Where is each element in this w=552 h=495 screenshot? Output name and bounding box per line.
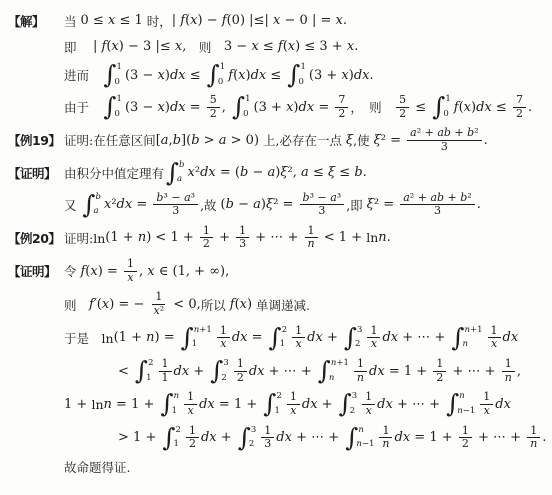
integral-lower-limit: 0 bbox=[218, 78, 225, 87]
math-run: f′(x) = − bbox=[89, 297, 149, 312]
fraction-denominator: x bbox=[363, 405, 375, 418]
fraction: 1x bbox=[124, 258, 137, 284]
fraction-numerator: 1 bbox=[287, 391, 300, 405]
integral-lower-limit: 0 bbox=[243, 110, 250, 119]
math-line: 【例20】证明:ln(1 + n) < 1 + 12 + 13 + ⋯ + 1n… bbox=[8, 224, 548, 252]
fraction: 1n bbox=[502, 358, 515, 384]
fraction-numerator: 1 bbox=[480, 391, 493, 405]
math-run: ≤ bbox=[411, 100, 430, 115]
math-run: . bbox=[484, 133, 488, 148]
integral: ∫10 bbox=[287, 62, 307, 88]
fraction-numerator: 1 bbox=[159, 358, 172, 372]
fraction-denominator: 3 bbox=[438, 141, 451, 154]
fraction-numerator: 1 bbox=[152, 291, 165, 305]
text-run: 由于 bbox=[64, 98, 102, 116]
fraction: 1x bbox=[367, 325, 380, 351]
fraction-numerator: b³ − a³ bbox=[153, 192, 198, 206]
integral: ∫nn−1 bbox=[446, 391, 477, 417]
integral-limits: nn−1 bbox=[358, 425, 376, 451]
math-run: f(x)dx ≤ bbox=[454, 100, 511, 115]
text-run: 故命题得证. bbox=[64, 458, 130, 476]
math-run: (1 + n) < 1 + bbox=[105, 230, 198, 245]
integral-upper-limit: n+1 bbox=[331, 359, 349, 368]
math-run: + bbox=[215, 230, 234, 245]
integral-upper-limit: 3 bbox=[223, 359, 228, 368]
fraction: 1x bbox=[217, 325, 230, 351]
fraction-numerator: 1 bbox=[261, 425, 274, 439]
integral-upper-limit: n+1 bbox=[465, 326, 483, 335]
integral-upper-limit: n bbox=[358, 426, 374, 435]
integral-limits: 32 bbox=[251, 425, 258, 451]
math-run: | f(x) − f(0) |≤| x − 0 | = x. bbox=[172, 13, 347, 28]
fraction-numerator: 1 bbox=[236, 225, 249, 239]
math-line: 1 + lnn = 1 + ∫n11xdx = 1 + ∫211xdx + ∫3… bbox=[8, 390, 548, 418]
math-line: < ∫2111dx + ∫3212dx + ⋯ + ∫n+1n1ndx = 1 … bbox=[8, 357, 548, 385]
fraction-numerator: 1 bbox=[527, 425, 540, 439]
integral: ∫32 bbox=[210, 358, 230, 384]
integral-upper-limit: n bbox=[174, 392, 179, 401]
fraction: 1x² bbox=[151, 291, 168, 317]
math-run: ξ bbox=[346, 133, 353, 148]
fraction-denominator: 2 bbox=[396, 108, 409, 121]
fraction-denominator: 2 bbox=[200, 238, 213, 251]
integral-limits: 21 bbox=[148, 358, 155, 384]
math-line: 则 f′(x) = − 1x² < 0,所以 f(x) 单调递减. bbox=[8, 290, 548, 318]
integral-upper-limit: b bbox=[96, 193, 101, 202]
fraction: 1n bbox=[354, 358, 367, 384]
fraction: 12 bbox=[200, 225, 213, 251]
integral-lower-limit: 1 bbox=[280, 340, 287, 349]
fraction: 12 bbox=[234, 358, 247, 384]
fraction-denominator: 3 bbox=[431, 205, 444, 218]
fraction-numerator: 1 bbox=[367, 325, 380, 339]
fraction: 72 bbox=[513, 94, 526, 120]
text-run: 即 bbox=[64, 38, 93, 56]
line-content: 由于 ∫10(3 − x)dx = 52, ∫10(3 + x)dx = 72，… bbox=[64, 93, 548, 121]
text-run: 又 bbox=[64, 196, 80, 214]
fraction-denominator: x bbox=[124, 272, 136, 285]
integral-upper-limit: 2 bbox=[276, 392, 281, 401]
line-content: 又 ∫bax²dx = b³ − a³3,故 (b − a)ξ² = b³ − … bbox=[64, 191, 548, 219]
math-line: > 1 + ∫2112dx + ∫3213dx + ⋯ + ∫nn−11ndx … bbox=[8, 424, 548, 452]
math-run: f(x) bbox=[230, 297, 252, 312]
math-line: 【解】当 0 ≤ x ≤ 1 时，| f(x) − f(0) |≤| x − 0… bbox=[8, 10, 548, 31]
integral-limits: 10 bbox=[245, 94, 252, 120]
integral: ∫n+1n bbox=[318, 358, 351, 384]
math-run: dx + ⋯ + bbox=[276, 430, 343, 445]
paragraph-label: 【证明】 bbox=[8, 164, 64, 182]
fraction-numerator: 1 bbox=[379, 425, 392, 439]
fraction: 1n bbox=[527, 425, 540, 451]
fraction-numerator: 1 bbox=[217, 325, 230, 339]
fraction-denominator: x bbox=[293, 338, 305, 351]
fraction-denominator: 3 bbox=[261, 438, 274, 451]
fraction-numerator: 1 bbox=[186, 425, 199, 439]
integral-lower-limit: 1 bbox=[172, 407, 179, 416]
fraction: b³ − a³3 bbox=[153, 192, 198, 218]
fraction-numerator: b³ − a³ bbox=[300, 192, 345, 206]
fraction-denominator: 2 bbox=[433, 372, 446, 385]
math-run: x²dx = (b − a)ξ², a ≤ ξ ≤ b. bbox=[188, 165, 367, 180]
fraction-numerator: 1 bbox=[124, 258, 137, 272]
math-run: , bbox=[222, 100, 230, 115]
math-run: f(x) = bbox=[80, 264, 122, 279]
integral-upper-limit: b bbox=[179, 161, 184, 170]
fraction: 72 bbox=[335, 94, 348, 120]
integral: ∫21 bbox=[269, 325, 289, 351]
fraction-denominator: n bbox=[379, 438, 392, 451]
fraction-denominator: 2 bbox=[513, 108, 526, 121]
math-run: dx + ⋯ + bbox=[382, 330, 449, 345]
text-run: 则 bbox=[186, 38, 224, 56]
math-run: ξ² = bbox=[367, 197, 399, 212]
integral-upper-limit: n+1 bbox=[194, 326, 212, 335]
integral: ∫ba bbox=[82, 192, 102, 218]
fraction-denominator: 3 bbox=[236, 238, 249, 251]
fraction: 1x bbox=[287, 391, 300, 417]
line-content: 进而 ∫10(3 − x)dx ≤ ∫10f(x)dx ≤ ∫10(3 + x)… bbox=[64, 62, 548, 88]
fraction-numerator: 1 bbox=[362, 391, 375, 405]
math-run: dx + bbox=[201, 430, 236, 445]
integral-lower-limit: 2 bbox=[355, 340, 362, 349]
math-run: < 1 + bbox=[320, 230, 367, 245]
math-run: (3 + x)dx. bbox=[309, 68, 374, 83]
fraction: b³ − a³3 bbox=[300, 192, 345, 218]
integral-lower-limit: n bbox=[329, 374, 349, 383]
fraction-denominator: 2 bbox=[459, 438, 472, 451]
integral-lower-limit: 0 bbox=[298, 78, 305, 87]
fraction-denominator: x bbox=[488, 338, 500, 351]
integral-limits: nn−1 bbox=[459, 391, 477, 417]
line-content: 由积分中值定理有∫bax²dx = (b − a)ξ², a ≤ ξ ≤ b. bbox=[64, 160, 548, 186]
fraction-denominator: x bbox=[287, 405, 299, 418]
integral-lower-limit: 0 bbox=[115, 78, 122, 87]
math-run: dx + bbox=[302, 397, 337, 412]
fraction: 1x bbox=[184, 391, 197, 417]
math-run: 3 − x ≤ f(x) ≤ 3 + x. bbox=[224, 39, 358, 54]
math-line: 故命题得证. bbox=[8, 457, 548, 478]
integral-limits: ba bbox=[96, 192, 103, 218]
fraction-denominator: x² bbox=[151, 305, 168, 318]
text-run: 所以 bbox=[201, 296, 230, 314]
paragraph-label: 【例20】 bbox=[8, 229, 64, 247]
integral-upper-limit: 1 bbox=[245, 95, 250, 104]
fraction: 1n bbox=[304, 225, 317, 251]
math-run: dx + ⋯ + bbox=[377, 397, 444, 412]
math-line: 进而 ∫10(3 − x)dx ≤ ∫10f(x)dx ≤ ∫10(3 + x)… bbox=[8, 62, 548, 88]
integral-upper-limit: 1 bbox=[220, 63, 225, 72]
text-run: 证明:在任意区间 bbox=[64, 131, 156, 149]
integral-lower-limit: 1 bbox=[274, 407, 281, 416]
text-run: ， 则 bbox=[350, 98, 394, 116]
math-line: 【证明】由积分中值定理有∫bax²dx = (b − a)ξ², a ≤ ξ ≤… bbox=[8, 160, 548, 186]
integral: ∫n+1n bbox=[451, 325, 484, 351]
integral-upper-limit: 2 bbox=[282, 326, 287, 335]
line-content: 则 f′(x) = − 1x² < 0,所以 f(x) 单调递减. bbox=[64, 290, 548, 318]
math-run: [a,b](b > a > 0) bbox=[156, 133, 259, 148]
math-run: dx = bbox=[232, 330, 267, 345]
line-content: 当 0 ≤ x ≤ 1 时，| f(x) − f(0) |≤| x − 0 | … bbox=[64, 12, 548, 30]
math-run: < bbox=[118, 364, 133, 379]
fraction: 12 bbox=[459, 425, 472, 451]
line-content: > 1 + ∫2112dx + ∫3213dx + ⋯ + ∫nn−11ndx … bbox=[64, 424, 548, 452]
fraction-denominator: 2 bbox=[207, 108, 220, 121]
math-run: . bbox=[542, 430, 546, 445]
paragraph-label: 【例19】 bbox=[8, 131, 64, 149]
integral-lower-limit: 1 bbox=[174, 440, 181, 449]
line-content: 令 f(x) = 1x, x ∈ (1, + ∞), bbox=[64, 257, 548, 285]
fraction-numerator: 7 bbox=[513, 94, 526, 108]
line-content: 故命题得证. bbox=[64, 458, 548, 476]
fraction-denominator: 3 bbox=[169, 205, 182, 218]
fraction-numerator: 1 bbox=[200, 225, 213, 239]
fraction: a² + ab + b²3 bbox=[407, 127, 482, 153]
fraction-denominator: x bbox=[368, 338, 380, 351]
integral-upper-limit: 1 bbox=[117, 95, 122, 104]
math-run: (1 + n) = bbox=[114, 330, 179, 345]
fraction: 52 bbox=[396, 94, 409, 120]
math-run: ξ² = bbox=[374, 133, 406, 148]
fraction-numerator: 1 bbox=[488, 325, 501, 339]
integral: ∫32 bbox=[339, 391, 359, 417]
integral: ∫n1 bbox=[161, 391, 182, 417]
text-run: 当 bbox=[64, 12, 80, 30]
paragraph-label: 【解】 bbox=[8, 12, 64, 30]
integral-lower-limit: a bbox=[177, 175, 184, 184]
math-run: + ⋯ + bbox=[251, 230, 302, 245]
integral-lower-limit: a bbox=[94, 207, 101, 216]
integral-lower-limit: 2 bbox=[350, 407, 357, 416]
math-run: 0 ≤ x ≤ 1 bbox=[80, 13, 142, 28]
math-run: (3 − x)dx = bbox=[125, 100, 205, 115]
math-run: (3 + x)dx = bbox=[254, 100, 334, 115]
math-run: n. bbox=[378, 230, 391, 245]
math-run: f(x)dx ≤ bbox=[228, 68, 285, 83]
text-run: 由积分中值定理有 bbox=[64, 164, 164, 182]
text-run: 则 bbox=[64, 296, 89, 314]
text-run: ,故 bbox=[200, 196, 220, 214]
integral-lower-limit: 2 bbox=[249, 440, 256, 449]
math-run: n = 1 + bbox=[104, 397, 159, 412]
integral-upper-limit: 3 bbox=[357, 326, 362, 335]
integral-limits: 21 bbox=[276, 391, 283, 417]
fraction: 1n bbox=[379, 425, 392, 451]
fraction-numerator: a² + ab + b² bbox=[407, 127, 482, 141]
fraction-denominator: 1 bbox=[159, 372, 172, 385]
math-run: dx = 1 + bbox=[394, 430, 456, 445]
math-line: 【例19】证明:在任意区间[a,b](b > a > 0) 上,必存在一点 ξ,… bbox=[8, 126, 548, 154]
math-run: x²dx = bbox=[104, 197, 151, 212]
line-content: 1 + lnn = 1 + ∫n11xdx = 1 + ∫211xdx + ∫3… bbox=[64, 390, 548, 418]
fraction-numerator: 7 bbox=[335, 94, 348, 108]
fraction-denominator: n bbox=[354, 372, 367, 385]
integral-upper-limit: 1 bbox=[117, 63, 122, 72]
fraction-denominator: x bbox=[217, 338, 229, 351]
text-run: 令 bbox=[64, 262, 80, 280]
math-run: dx bbox=[503, 330, 519, 345]
math-run: | f(x) − 3 |≤ x, bbox=[93, 39, 186, 54]
math-run: dx + bbox=[307, 330, 342, 345]
math-run: < 0, bbox=[169, 297, 201, 312]
integral: ∫32 bbox=[238, 425, 258, 451]
fraction-denominator: n bbox=[527, 438, 540, 451]
fraction-denominator: 2 bbox=[335, 108, 348, 121]
fraction-denominator: n bbox=[304, 238, 317, 251]
integral-limits: 32 bbox=[223, 358, 230, 384]
math-run: dx + ⋯ + bbox=[249, 364, 316, 379]
math-run: + ⋯ + bbox=[474, 430, 525, 445]
fraction-numerator: 1 bbox=[459, 425, 472, 439]
math-line: 即 | f(x) − 3 |≤ x, 则 3 − x ≤ f(x) ≤ 3 + … bbox=[8, 36, 548, 57]
math-run: > 1 + bbox=[118, 430, 161, 445]
fraction-denominator: n bbox=[502, 372, 515, 385]
math-line: 又 ∫bax²dx = b³ − a³3,故 (b − a)ξ² = b³ − … bbox=[8, 191, 548, 219]
text-run: 单调递减. bbox=[252, 296, 310, 314]
math-run: (b − a)ξ² = bbox=[221, 197, 298, 212]
paragraph-label: 【证明】 bbox=[8, 262, 64, 280]
integral: ∫10 bbox=[207, 62, 227, 88]
document-page: 【解】当 0 ≤ x ≤ 1 时，| f(x) − f(0) |≤| x − 0… bbox=[0, 0, 552, 478]
integral: ∫21 bbox=[135, 358, 155, 384]
integral-upper-limit: 1 bbox=[300, 63, 305, 72]
integral: ∫n+11 bbox=[181, 325, 214, 351]
integral-limits: 10 bbox=[300, 62, 307, 88]
integral-upper-limit: 3 bbox=[251, 426, 256, 435]
fraction: 13 bbox=[261, 425, 274, 451]
integral-limits: 10 bbox=[445, 94, 452, 120]
integral-lower-limit: 1 bbox=[192, 340, 212, 349]
fraction-denominator: 2 bbox=[234, 372, 247, 385]
math-run: dx bbox=[495, 397, 511, 412]
math-line: 于是 ln(1 + n) = ∫n+111xdx = ∫211xdx + ∫32… bbox=[8, 324, 548, 352]
fraction: 1x bbox=[488, 325, 501, 351]
integral-lower-limit: 1 bbox=[146, 374, 153, 383]
integral-upper-limit: 2 bbox=[148, 359, 153, 368]
fraction-numerator: 1 bbox=[305, 225, 318, 239]
fraction: 13 bbox=[236, 225, 249, 251]
math-run: + ⋯ + bbox=[448, 364, 499, 379]
fraction-denominator: 2 bbox=[186, 438, 199, 451]
fraction-denominator: x bbox=[481, 405, 493, 418]
integral-limits: 21 bbox=[176, 425, 183, 451]
integral-lower-limit: 2 bbox=[221, 374, 228, 383]
fraction: 12 bbox=[433, 358, 446, 384]
integral: ∫nn−1 bbox=[345, 425, 376, 451]
integral-limits: 21 bbox=[282, 325, 289, 351]
math-run: , bbox=[517, 364, 521, 379]
text-run: ,使 bbox=[353, 131, 373, 149]
fraction-numerator: 1 bbox=[433, 358, 446, 372]
text-run: 上,必存在一点 bbox=[259, 131, 346, 149]
math-run: . bbox=[528, 100, 532, 115]
integral-limits: 32 bbox=[357, 325, 364, 351]
integral-lower-limit: n bbox=[463, 340, 483, 349]
integral-limits: n+1n bbox=[331, 358, 351, 384]
fraction-numerator: 1 bbox=[354, 358, 367, 372]
integral-lower-limit: 0 bbox=[115, 110, 122, 119]
text-run: 进而 bbox=[64, 66, 102, 84]
text-run: 时， bbox=[143, 12, 172, 30]
math-line: 由于 ∫10(3 − x)dx = 52, ∫10(3 + x)dx = 72，… bbox=[8, 93, 548, 121]
integral-limits: 10 bbox=[117, 94, 124, 120]
fraction-denominator: 3 bbox=[315, 205, 328, 218]
fraction: 52 bbox=[207, 94, 220, 120]
integral: ∫21 bbox=[163, 425, 183, 451]
text-run: 证明:ln bbox=[64, 229, 105, 247]
integral-limits: 10 bbox=[220, 62, 227, 88]
fraction: 1x bbox=[292, 325, 305, 351]
math-run: 1 + bbox=[64, 397, 91, 412]
fraction-numerator: a² + ab + b² bbox=[400, 192, 475, 206]
integral: ∫32 bbox=[344, 325, 364, 351]
integral: ∫21 bbox=[263, 391, 283, 417]
text-run: ,即 bbox=[346, 196, 366, 214]
fraction: 1x bbox=[480, 391, 493, 417]
fraction-denominator: x bbox=[184, 405, 196, 418]
text-run: 于是 ln bbox=[64, 329, 114, 347]
math-run: dx = 1 + bbox=[369, 364, 431, 379]
math-run: , x ∈ (1, + ∞), bbox=[139, 264, 229, 279]
integral: ∫10 bbox=[104, 94, 124, 120]
math-run: (3 − x)dx ≤ bbox=[125, 68, 205, 83]
math-run: dx = 1 + bbox=[199, 397, 261, 412]
integral: ∫10 bbox=[232, 94, 252, 120]
integral-upper-limit: 2 bbox=[176, 426, 181, 435]
fraction-numerator: 1 bbox=[184, 391, 197, 405]
fraction-numerator: 1 bbox=[292, 325, 305, 339]
fraction: a² + ab + b²3 bbox=[400, 192, 475, 218]
line-content: < ∫2111dx + ∫3212dx + ⋯ + ∫n+1n1ndx = 1 … bbox=[64, 357, 548, 385]
fraction-numerator: 5 bbox=[207, 94, 220, 108]
integral-limits: n+11 bbox=[194, 325, 214, 351]
math-line: 【证明】令 f(x) = 1x, x ∈ (1, + ∞), bbox=[8, 257, 548, 285]
fraction: 12 bbox=[186, 425, 199, 451]
line-content: 于是 ln(1 + n) = ∫n+111xdx = ∫211xdx + ∫32… bbox=[64, 324, 548, 352]
line-content: 即 | f(x) − 3 |≤ x, 则 3 − x ≤ f(x) ≤ 3 + … bbox=[64, 38, 548, 56]
integral-limits: 32 bbox=[352, 391, 359, 417]
integral-lower-limit: n−1 bbox=[457, 407, 475, 416]
integral: ∫10 bbox=[104, 62, 124, 88]
integral-upper-limit: 3 bbox=[352, 392, 357, 401]
fraction-numerator: 5 bbox=[396, 94, 409, 108]
integral-upper-limit: n bbox=[459, 392, 475, 401]
integral-upper-limit: 1 bbox=[445, 95, 450, 104]
fraction: 1x bbox=[362, 391, 375, 417]
math-run: . bbox=[477, 197, 481, 212]
integral: ∫10 bbox=[432, 94, 452, 120]
integral-limits: 10 bbox=[117, 62, 124, 88]
integral-limits: n+1n bbox=[465, 325, 485, 351]
integral-limits: ba bbox=[179, 160, 186, 186]
line-content: 证明:ln(1 + n) < 1 + 12 + 13 + ⋯ + 1n < 1 … bbox=[64, 224, 548, 252]
integral-limits: n1 bbox=[174, 391, 181, 417]
fraction: 11 bbox=[159, 358, 172, 384]
fraction-numerator: 1 bbox=[234, 358, 247, 372]
integral-lower-limit: 0 bbox=[443, 110, 450, 119]
math-run: dx + bbox=[174, 364, 209, 379]
integral: ∫ba bbox=[166, 160, 186, 186]
integral-lower-limit: n−1 bbox=[356, 440, 374, 449]
fraction-numerator: 1 bbox=[502, 358, 515, 372]
text-run: ln bbox=[91, 397, 103, 412]
text-run: ln bbox=[366, 230, 378, 245]
line-content: 证明:在任意区间[a,b](b > a > 0) 上,必存在一点 ξ,使 ξ² … bbox=[64, 126, 548, 154]
